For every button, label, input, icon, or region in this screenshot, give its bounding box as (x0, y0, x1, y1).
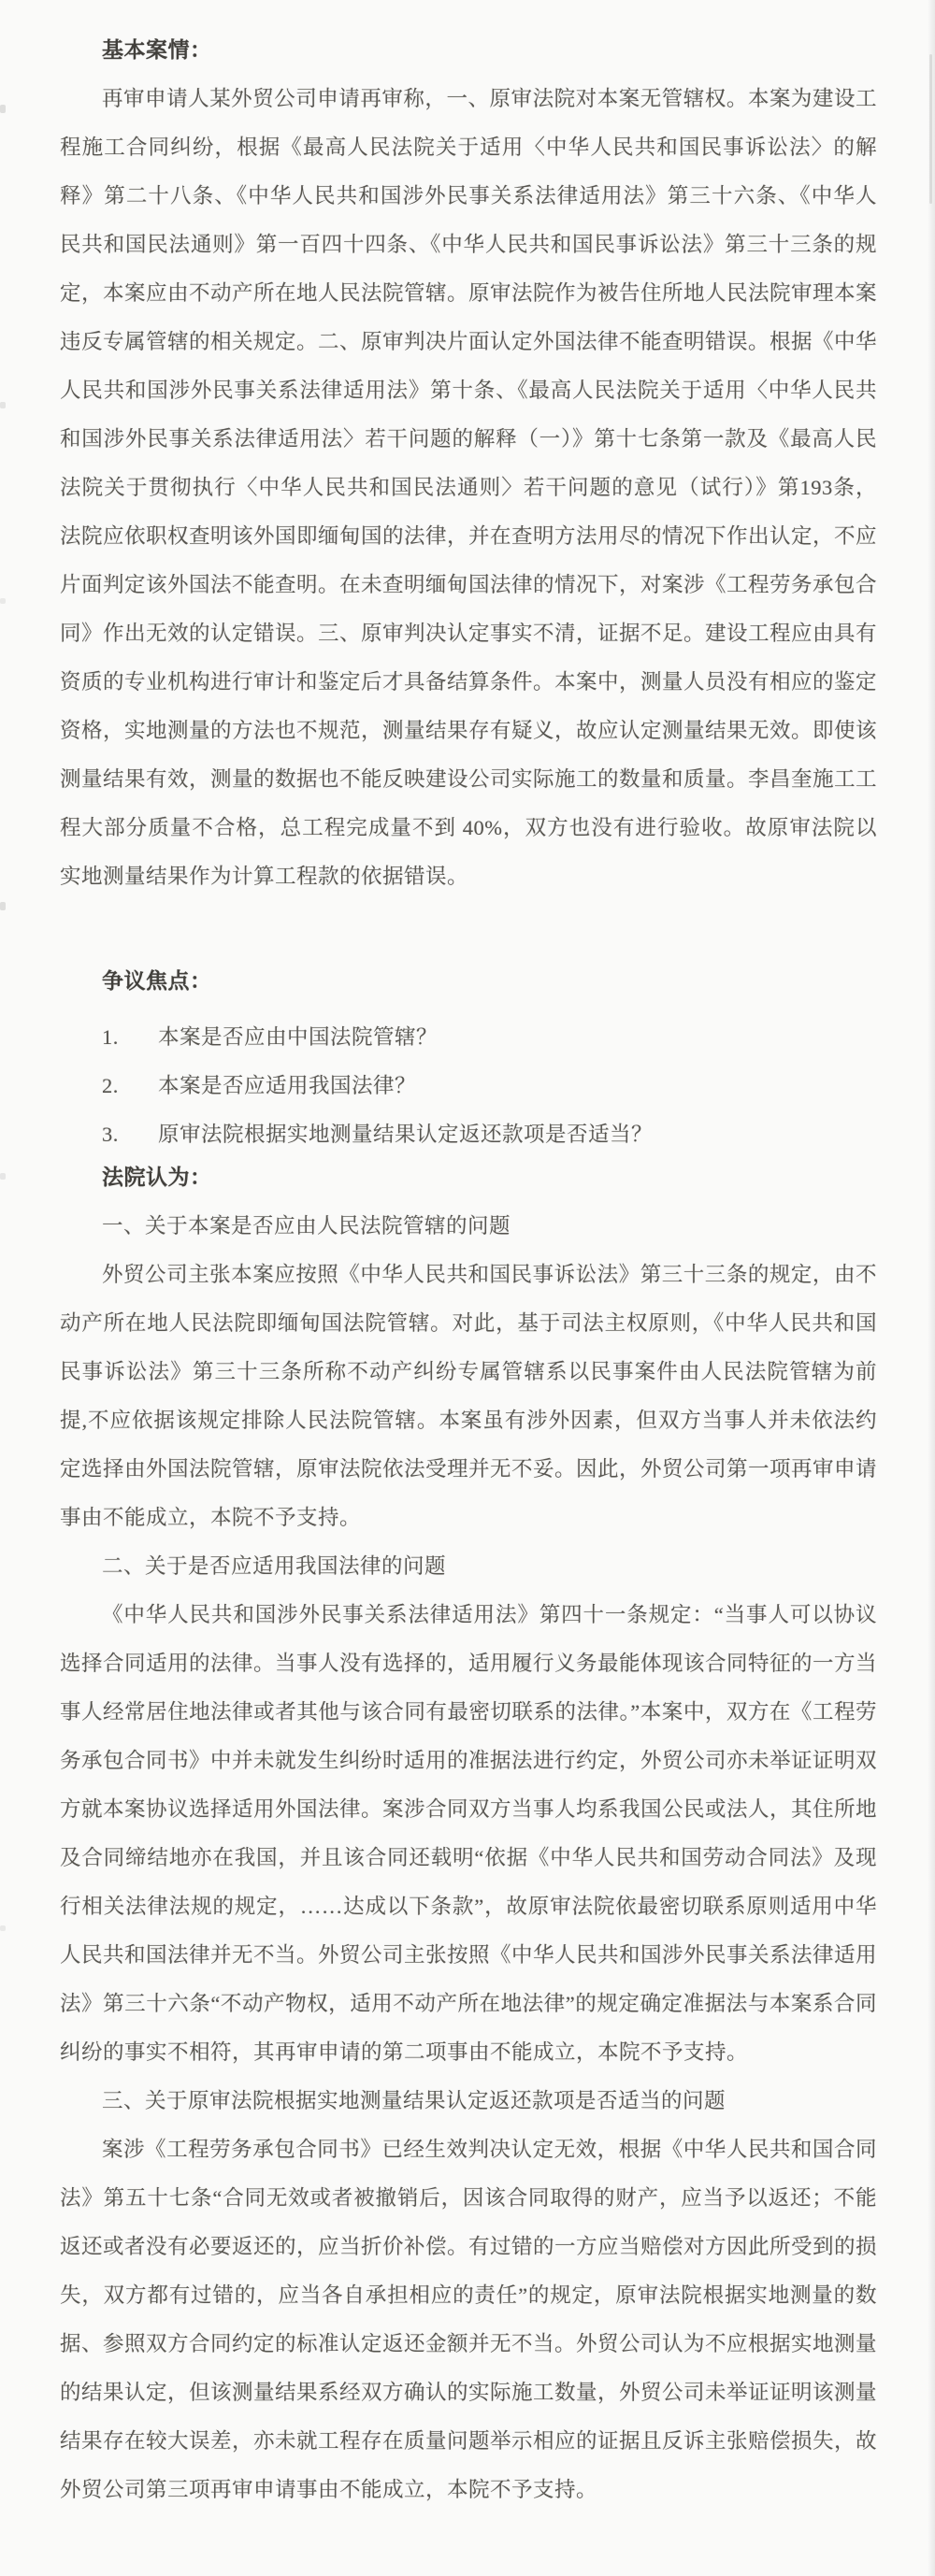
section-dispute-focus: 争议焦点： 1.本案是否应由中国法院管辖？ 2.本案是否应适用我国法律？ 3.原… (60, 957, 877, 1159)
list-item-text: 本案是否应适用我国法律？ (158, 1074, 416, 1097)
paragraph-basic-facts: 再审申请人某外贸公司申请再审称，一、原审法院对本案无管辖权。本案为建设工程施工合… (60, 75, 877, 901)
section-basic-facts: 基本案情： 再审申请人某外贸公司申请再审称，一、原审法院对本案无管辖权。本案为建… (60, 26, 877, 901)
subsection-paragraph: 外贸公司主张本案应按照《中华人民共和国民事诉讼法》第三十三条的规定，由不动产所在… (60, 1251, 877, 1542)
scan-speck-artifact (0, 902, 6, 910)
list-item-text: 本案是否应由中国法院管辖？ (158, 1025, 438, 1049)
list-item-number: 1. (102, 1013, 158, 1062)
scan-speck-artifact (0, 105, 6, 113)
court-opinion-subsection-measurement: 三、关于原审法院根据实地测量结果认定返还款项是否适当的问题 案涉《工程劳务承包合… (60, 2077, 877, 2514)
subsection-paragraph: 《中华人民共和国涉外民事关系法律适用法》第四十一条规定：“当事人可以协议选择合同… (60, 1591, 877, 2077)
list-item-text: 原审法院根据实地测量结果认定返还款项是否适当？ (158, 1123, 653, 1146)
scanned-legal-document-page: 基本案情： 再审申请人某外贸公司申请再审称，一、原审法院对本案无管辖权。本案为建… (0, 0, 935, 2576)
scan-speck-artifact (0, 1173, 6, 1180)
subsection-paragraph: 案涉《工程劳务承包合同书》已经生效判决认定无效，根据《中华人民共和国合同法》第五… (60, 2125, 877, 2514)
dispute-list-item: 2.本案是否应适用我国法律？ (60, 1062, 877, 1110)
court-opinion-subsection-jurisdiction: 一、关于本案是否应由人民法院管辖的问题 外贸公司主张本案应按照《中华人民共和国民… (60, 1202, 877, 1542)
dispute-list-item: 3.原审法院根据实地测量结果认定返还款项是否适当？ (60, 1110, 877, 1159)
list-item-number: 2. (102, 1062, 158, 1110)
section-court-opinion: 法院认为： 一、关于本案是否应由人民法院管辖的问题 外贸公司主张本案应按照《中华… (60, 1153, 877, 2514)
dispute-list-item: 1.本案是否应由中国法院管辖？ (60, 1013, 877, 1062)
scan-edge-shadow (928, 0, 935, 2576)
section-heading-court-opinion: 法院认为： (60, 1153, 877, 1202)
scan-speck-artifact (0, 402, 6, 408)
section-heading-dispute-focus: 争议焦点： (60, 957, 877, 1006)
scan-streak-artifact (929, 54, 932, 204)
list-item-number: 3. (102, 1110, 158, 1159)
scan-speck-artifact (0, 598, 6, 604)
section-heading-basic-facts: 基本案情： (60, 26, 877, 75)
subsection-title: 二、关于是否应适用我国法律的问题 (60, 1542, 877, 1591)
subsection-title: 一、关于本案是否应由人民法院管辖的问题 (60, 1202, 877, 1251)
scan-speck-artifact (0, 1925, 6, 1931)
court-opinion-subsection-applicable-law: 二、关于是否应适用我国法律的问题 《中华人民共和国涉外民事关系法律适用法》第四十… (60, 1542, 877, 2077)
subsection-title: 三、关于原审法院根据实地测量结果认定返还款项是否适当的问题 (60, 2077, 877, 2125)
